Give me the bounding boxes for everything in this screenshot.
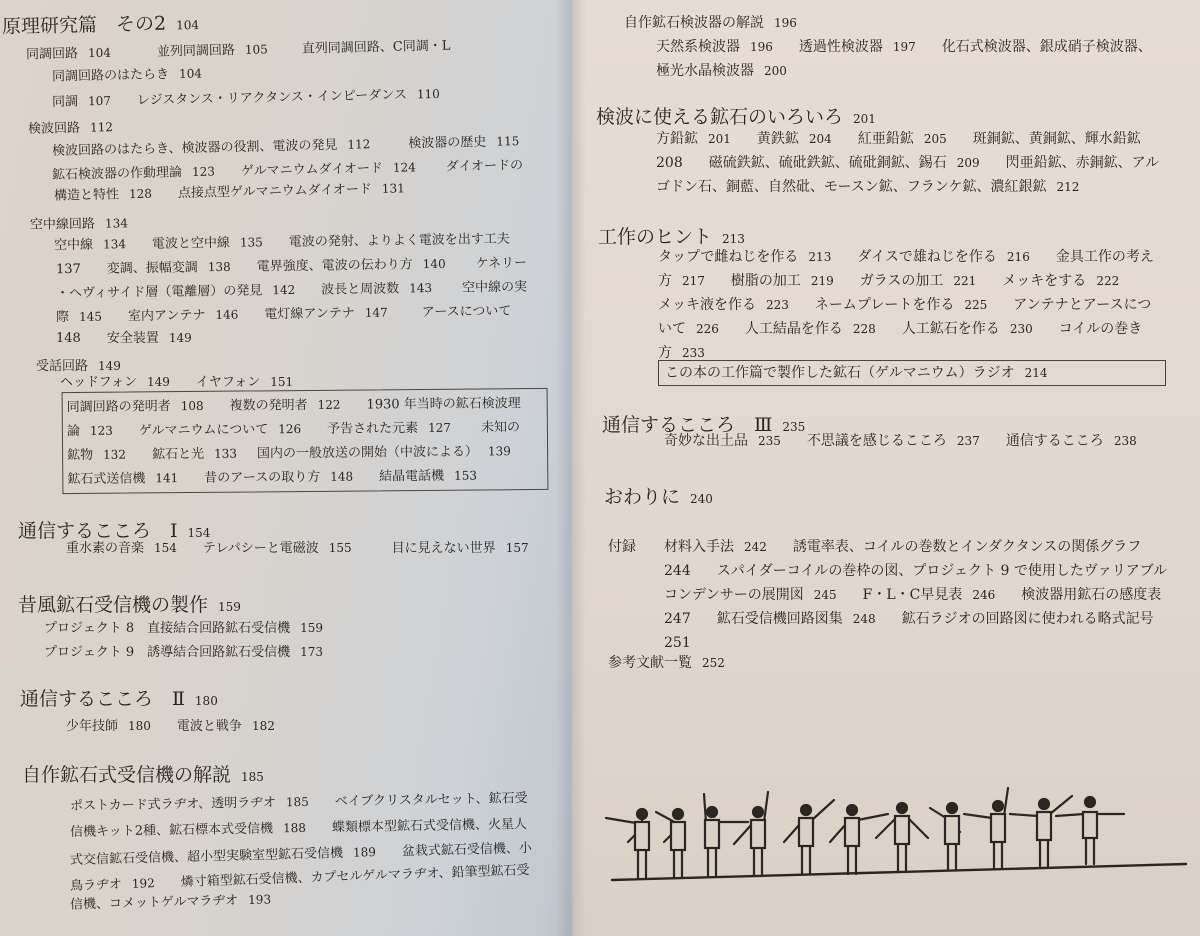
toc-heading-antenna: 空中線回路134 (30, 217, 128, 231)
column-box: 同調回路の発明者108複数の発明者1221930 年当時の鉱石検波理 論123ゲ… (62, 388, 549, 494)
toc-line: ヘッドフォン149イヤフォン151 (60, 376, 293, 389)
toc-line: 天然系検波器196透過性検波器197化石式検波器、銀成硝子検波器、 (656, 40, 1152, 54)
appendix-label: 付録 (608, 540, 636, 554)
toc-line: タップで雌ねじを作る213ダイスで雄ねじを作る216金具工作の考え (658, 250, 1154, 264)
toc-line: 材料入手法242誘電率表、コイルの巻数とインダクタンスの関係グラフ (664, 540, 1141, 554)
toc-heading-homemade-detectors: 自作鉱石検波器の解説196 (624, 16, 797, 30)
semaphore-signalers-illustration (596, 772, 1196, 882)
toc-line: コンデンサーの展開図245F・L・C早見表246検波器用鉱石の感度表 (664, 588, 1161, 602)
box-line: 鉱石式送信機141昔のアースの取り方148結晶電話機153 (67, 470, 477, 487)
toc-line: プロジェクト 9 誘導結合回路鉱石受信機173 (44, 646, 323, 659)
toc-line: メッキ液を作る223ネームプレートを作る225アンテナとアースにつ (658, 298, 1151, 312)
toc-line: 247鉱石受信機回路図集248鉱石ラジオの回路図に使われる略式記号 (664, 612, 1154, 626)
toc-line: 方鉛鉱201黄鉄鉱204紅亜鉛鉱205斑銅鉱、黄銅鉱、輝水鉛鉱 (656, 132, 1141, 146)
book-gutter (556, 0, 586, 936)
box-line: 鉱物132鉱石と光133国内の一般放送の開始（中波による）139 (67, 445, 511, 462)
toc-heading-receiver: 受話回路149 (36, 360, 121, 373)
toc-line: ・ヘヴィサイド層（電離層）の発見142波長と周波数143空中線の実 (56, 281, 527, 301)
toc-line: 方233 (658, 346, 705, 360)
toc-line: プロジェクト 8 直接結合回路鉱石受信機159 (44, 622, 323, 635)
toc-heading-detector: 検波回路112 (28, 121, 113, 136)
box-line: 論123ゲルマニウムについて126予告された元素127未知の (67, 421, 520, 438)
toc-line: 信機キット2種、鉱石標本式受信機188蝶類標本型鉱石式受信機、火星人 (70, 818, 527, 839)
toc-line: 際145室内アンテナ146電灯線アンテナ147アースについて (56, 305, 512, 324)
toc-line: 信機、コメットゲルマラヂオ193 (70, 893, 271, 911)
toc-chapter-homemade-receivers: 自作鉱石式受信機の解説185 (22, 766, 264, 785)
box-line: この本の工作篇で製作した鉱石（ゲルマニウム）ラジオ214 (665, 366, 1048, 380)
box-line: 同調回路の発明者108複数の発明者1221930 年当時の鉱石検波理 (67, 397, 521, 414)
section-title: 原理研究篇 その2104 (2, 14, 199, 37)
toc-chapter-minerals: 検波に使える鉱石のいろいろ201 (596, 108, 876, 127)
toc-line: 244スパイダーコイルの巻枠の図、プロジェクト 9 で使用したヴァリアブル (664, 564, 1167, 578)
toc-line: 251 (664, 636, 691, 650)
toc-line: 極光水晶検波器200 (656, 64, 787, 78)
toc-line: いて226人工結晶を作る228人工鉱石を作る230コイルの巻き (658, 322, 1142, 336)
toc-line: 式交信鉱石受信機、超小型実験室型鉱石受信機189盆栽式鉱石受信機、小 (70, 842, 532, 867)
toc-line: 構造と特性128点接点型ゲルマニウムダイオード131 (54, 182, 405, 202)
toc-line: 検波回路のはたらき、検波器の役割、電波の発見112検波器の歴史115 (52, 135, 519, 158)
toc-line: 208磁硫鉄鉱、硫砒鉄鉱、硫砒銅鉱、錫石209閃亜鉛鉱、赤銅鉱、アル (656, 156, 1159, 170)
toc-chapter-communication-1: 通信するこころ Ⅰ154 (18, 522, 210, 541)
left-page: 原理研究篇 その2104 同調回路104並列同調回路105直列同調回路、C同調・… (0, 0, 572, 936)
toc-chapter-communication-2: 通信するこころ Ⅱ180 (20, 690, 218, 709)
toc-line: 148安全装置149 (56, 332, 192, 345)
toc-line: 137変調、振幅変調138電界強度、電波の伝わり方140ケネリー (56, 257, 527, 277)
toc-line: 方217樹脂の加工219ガラスの加工221メッキをする222 (658, 274, 1119, 288)
toc-line: 鉱石検波器の作動理論123ゲルマニウムダイオード124ダイオードの (52, 159, 523, 182)
toc-chapter-afterword: おわりに240 (604, 488, 713, 507)
toc-line: 空中線134電波と空中線135電波の発射、よりよく電波を出す工夫 (54, 233, 510, 252)
featured-radio-box: この本の工作篇で製作した鉱石（ゲルマニウム）ラジオ214 (658, 360, 1166, 386)
toc-heading-tuning: 同調回路104並列同調回路105直列同調回路、C同調・L (26, 40, 451, 62)
toc-line: 重水素の音楽154テレパシーと電磁波155目に見えない世界157 (66, 542, 529, 555)
toc-line: ゴドン石、銅藍、自然砒、モースン鉱、フランケ鉱、濃紅銀鉱212 (656, 180, 1079, 194)
toc-line: 鳥ラヂオ192燐寸箱型鉱石受信機、カプセルゲルマラヂオ、鉛筆型鉱石受 (70, 864, 530, 893)
toc-chapter-craft-hints: 工作のヒント213 (598, 228, 745, 247)
toc-line: 同調107レジスタンス・リアクタンス・インピーダンス110 (52, 88, 440, 109)
toc-line: 奇妙な出土品235不思議を感じるこころ237通信するこころ238 (664, 434, 1137, 448)
toc-line: ポストカード式ラヂオ、透明ラヂオ185ベイブクリスタルセット、鉱石受 (70, 792, 528, 813)
toc-chapter-old-style-build: 昔風鉱石受信機の製作159 (18, 596, 241, 615)
toc-line: 同調回路のはたらき104 (52, 67, 202, 83)
toc-line: 少年技師180電波と戦争182 (66, 720, 275, 733)
toc-references: 参考文献一覧252 (608, 656, 725, 670)
